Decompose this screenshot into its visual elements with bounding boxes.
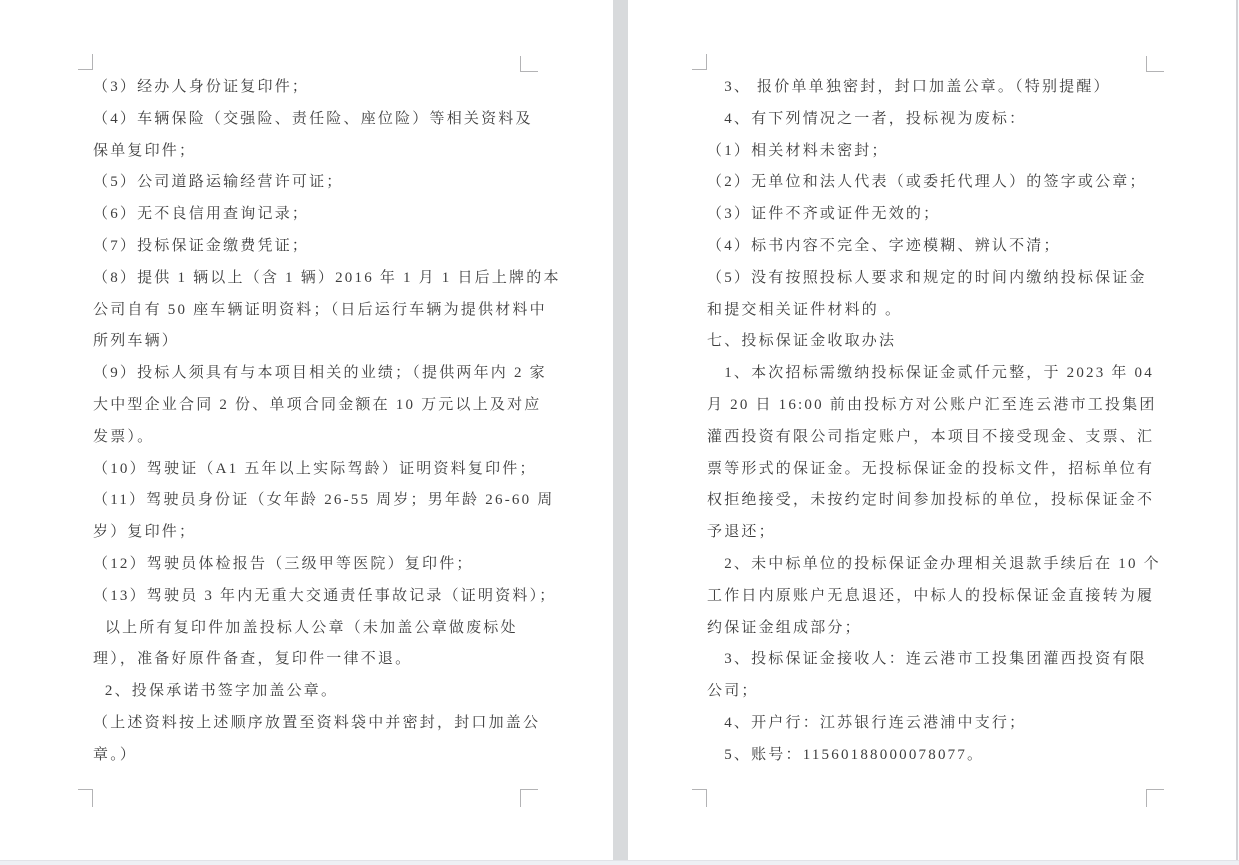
text-line: 保单复印件；: [93, 136, 553, 168]
text-line: 所列车辆）: [93, 326, 553, 358]
text-line: 章。）: [93, 740, 553, 772]
page-2-text-body: 3、 报价单单独密封，封口加盖公章。（特别提醒） 4、有下列情况之一者，投标视为…: [707, 72, 1169, 772]
text-line: 3、 报价单单独密封，封口加盖公章。（特别提醒）: [707, 72, 1169, 104]
text-line: 理），准备好原件备查，复印件一律不退。: [93, 644, 553, 676]
text-line: （3）经办人身份证复印件；: [93, 72, 553, 104]
text-line: 权拒绝接受，未按约定时间参加投标的单位，投标保证金不: [707, 485, 1169, 517]
text-line: （11）驾驶员身份证（女年龄 26-55 周岁；男年龄 26-60 周: [93, 485, 553, 517]
text-line: 5、账号：11560188000078077。: [707, 740, 1169, 772]
text-line: 灌西投资有限公司指定账户，本项目不接受现金、支票、汇: [707, 422, 1169, 454]
horizontal-scrollbar-track[interactable]: [0, 860, 1239, 865]
text-line: （4）标书内容不完全、字迹模糊、辨认不清；: [707, 231, 1169, 263]
text-line: 4、开户行：江苏银行连云港浦中支行；: [707, 708, 1169, 740]
text-line: 工作日内原账户无息退还，中标人的投标保证金直接转为履: [707, 581, 1169, 613]
text-line: （5）公司道路运输经营许可证；: [93, 167, 553, 199]
text-line: （上述资料按上述顺序放置至资料袋中并密封，封口加盖公: [93, 708, 553, 740]
text-line: （10）驾驶证（A1 五年以上实际驾龄）证明资料复印件；: [93, 454, 553, 486]
window-right-border: [1236, 0, 1238, 860]
text-line: （9）投标人须具有与本项目相关的业绩；（提供两年内 2 家: [93, 358, 553, 390]
document-canvas: （3）经办人身份证复印件；（4）车辆保险（交强险、责任险、座位险）等相关资料及保…: [0, 0, 1239, 865]
text-boundary-mark-bottom-right-icon: [520, 789, 538, 807]
text-line: （6）无不良信用查询记录；: [93, 199, 553, 231]
text-line: 大中型企业合同 2 份、单项合同金额在 10 万元以上及对应: [93, 390, 553, 422]
text-line: （8）提供 1 辆以上（含 1 辆）2016 年 1 月 1 日后上牌的本: [93, 263, 553, 295]
text-line: 和提交相关证件材料的 。: [707, 295, 1169, 327]
text-line: （4）车辆保险（交强险、责任险、座位险）等相关资料及: [93, 104, 553, 136]
text-line: （12）驾驶员体检报告（三级甲等医院）复印件；: [93, 549, 553, 581]
text-line: （3）证件不齐或证件无效的；: [707, 199, 1169, 231]
text-line: 公司；: [707, 676, 1169, 708]
text-line: 3、投标保证金接收人：连云港市工投集团灌西投资有限: [707, 644, 1169, 676]
text-boundary-mark-top-left-icon: [692, 54, 707, 70]
text-line: （1）相关材料未密封；: [707, 136, 1169, 168]
text-boundary-mark-top-right-icon: [1146, 56, 1164, 72]
text-line: 票等形式的保证金。无投标保证金的投标文件，招标单位有: [707, 454, 1169, 486]
text-line: 月 20 日 16:00 前由投标方对公账户汇至连云港市工投集团: [707, 390, 1169, 422]
text-boundary-mark-bottom-left-icon: [692, 789, 707, 807]
text-line: 以上所有复印件加盖投标人公章（未加盖公章做废标处: [93, 613, 553, 645]
text-line: 七、投标保证金收取办法: [707, 326, 1169, 358]
page-1-text-body: （3）经办人身份证复印件；（4）车辆保险（交强险、责任险、座位险）等相关资料及保…: [93, 72, 553, 772]
text-line: 4、有下列情况之一者，投标视为废标：: [707, 104, 1169, 136]
document-page-1[interactable]: （3）经办人身份证复印件；（4）车辆保险（交强险、责任险、座位险）等相关资料及保…: [0, 0, 613, 860]
text-line: （13）驾驶员 3 年内无重大交通责任事故记录（证明资料）；: [93, 581, 553, 613]
text-line: 岁）复印件；: [93, 517, 553, 549]
page-gutter: [613, 0, 628, 860]
text-boundary-mark-top-left-icon: [78, 54, 93, 70]
text-line: 1、本次招标需缴纳投标保证金贰仟元整，于 2023 年 04: [707, 358, 1169, 390]
text-line: （2）无单位和法人代表（或委托代理人）的签字或公章；: [707, 167, 1169, 199]
text-boundary-mark-bottom-right-icon: [1146, 789, 1164, 807]
text-line: 予退还；: [707, 517, 1169, 549]
text-line: 约保证金组成部分；: [707, 613, 1169, 645]
document-page-2[interactable]: 3、 报价单单独密封，封口加盖公章。（特别提醒） 4、有下列情况之一者，投标视为…: [628, 0, 1236, 860]
text-line: （7）投标保证金缴费凭证；: [93, 231, 553, 263]
text-line: 2、未中标单位的投标保证金办理相关退款手续后在 10 个: [707, 549, 1169, 581]
text-boundary-mark-top-right-icon: [520, 56, 538, 72]
text-line: 发票）。: [93, 422, 553, 454]
text-line: （5）没有按照投标人要求和规定的时间内缴纳投标保证金: [707, 263, 1169, 295]
text-line: 2、投保承诺书签字加盖公章。: [93, 676, 553, 708]
text-boundary-mark-bottom-left-icon: [78, 789, 93, 807]
text-line: 公司自有 50 座车辆证明资料；（日后运行车辆为提供材料中: [93, 295, 553, 327]
